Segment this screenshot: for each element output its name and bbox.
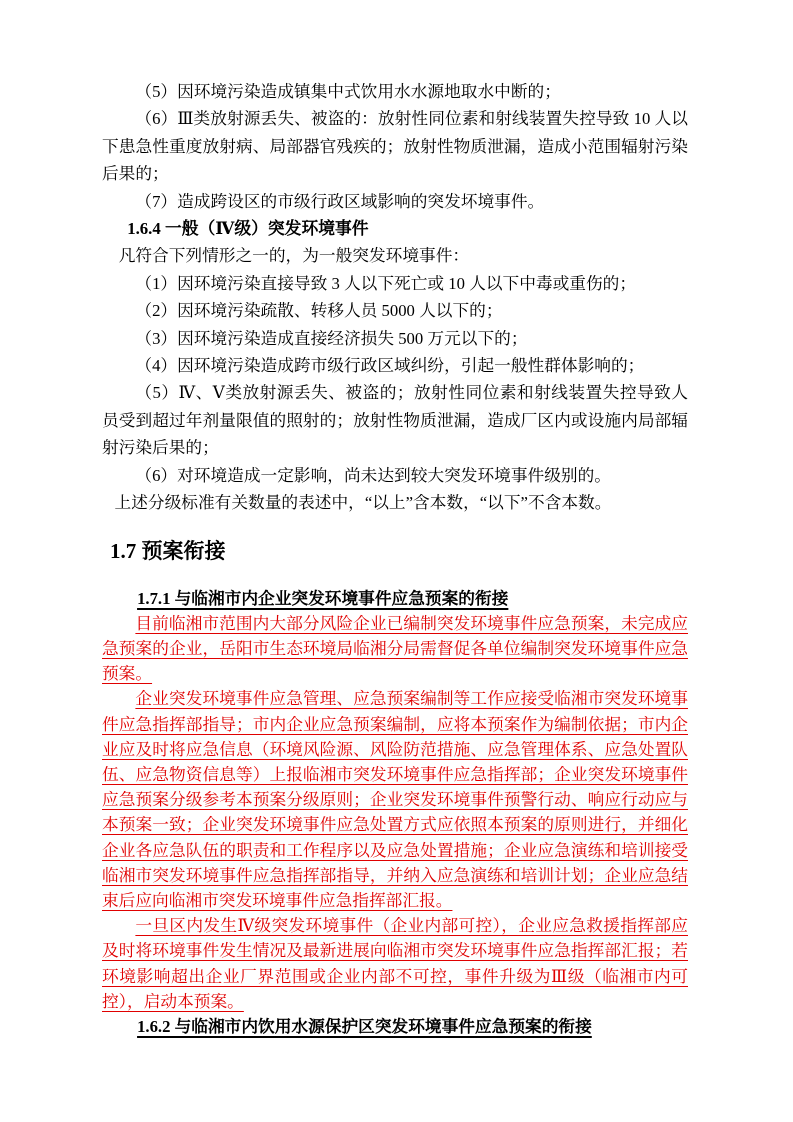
revision-paragraph-3: 一旦区内发生Ⅳ级突发环境事件（企业内部可控），企业应急救援指挥部应及时将环境事件…: [102, 913, 688, 1014]
clause-item-1: （1）因环境污染直接导致 3 人以下死亡或 10 人以下中毒或重伤的；: [102, 270, 688, 297]
clause-item-2: （2）因环境污染疏散、转移人员 5000 人以下的；: [102, 297, 688, 324]
grading-note: 上述分级标准有关数量的表述中，“以上”含本数，“以下”不含本数。: [102, 489, 688, 516]
section-1-6: （5）因环境污染造成镇集中式饮用水水源地取水中断的； （6）Ⅲ类放射源丢失、被盗…: [102, 78, 688, 517]
revision-paragraph-2: 企业突发环境事件应急管理、应急预案编制等工作应接受临湘市突发环境事件应急指挥部指…: [102, 686, 688, 913]
document-page: （5）因环境污染造成镇集中式饮用水水源地取水中断的； （6）Ⅲ类放射源丢失、被盗…: [0, 0, 793, 1122]
heading-1-7-1: 1.7.1 与临湘市内企业突发环境事件应急预案的衔接: [102, 586, 688, 611]
page-number: 7: [0, 1018, 793, 1038]
revision-paragraph-1: 目前临湘市范围内大部分风险企业已编制突发环境事件应急预案，未完成应急预案的企业，…: [102, 611, 688, 687]
clause-item-6b: （6）对环境造成一定影响，尚未达到较大突发环境事件级别的。: [102, 462, 688, 489]
section-1-7: 1.7.1 与临湘市内企业突发环境事件应急预案的衔接 目前临湘市范围内大部分风险…: [102, 586, 688, 1040]
heading-1-7: 1.7 预案衔接: [102, 537, 688, 565]
clause-item-4: （4）因环境污染造成跨市级行政区域纠纷，引起一般性群体影响的；: [102, 352, 688, 379]
clause-item-6: （6）Ⅲ类放射源丢失、被盗的：放射性同位素和射线装置失控导致 10 人以下患急性…: [102, 105, 688, 187]
clause-item-3: （3）因环境污染造成直接经济损失 500 万元以下的；: [102, 325, 688, 352]
clause-item-5: （5）因环境污染造成镇集中式饮用水水源地取水中断的；: [102, 78, 688, 105]
clause-item-5b: （5）Ⅳ、Ⅴ类放射源丢失、被盗的；放射性同位素和射线装置失控导致人员受到超过年剂…: [102, 379, 688, 461]
page-content: （5）因环境污染造成镇集中式饮用水水源地取水中断的； （6）Ⅲ类放射源丢失、被盗…: [102, 78, 688, 1039]
clause-item-7: （7）造成跨设区的市级行政区域影响的突发坏境事件。: [102, 188, 688, 215]
heading-1-6-4: 1.6.4 一般（Ⅳ级）突发环境事件: [102, 215, 688, 242]
intro-1-6-4: 凡符合下列情形之一的，为一般突发环境事件：: [102, 242, 688, 269]
